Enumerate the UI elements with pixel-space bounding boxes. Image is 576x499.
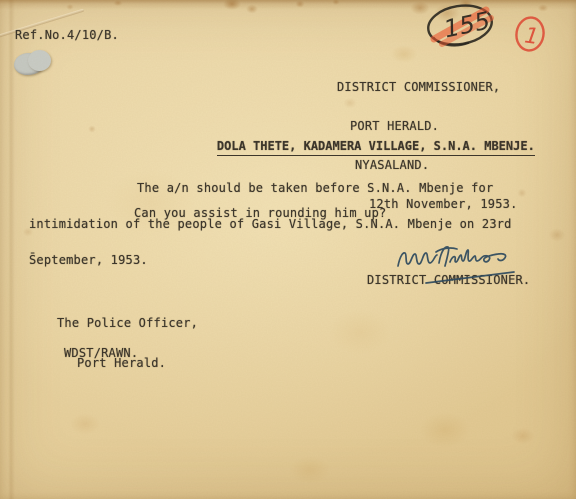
reference-number: Ref.No.4/10/B. — [15, 28, 119, 42]
body-line: The a/n should be taken before S.N.A. Mb… — [29, 182, 512, 194]
crossed-number-stamp: 155 — [422, 0, 500, 52]
handwritten-signature — [390, 241, 520, 289]
body-paragraph-2: Can you assist in rounding him up? — [134, 206, 386, 220]
recipient-address-block: The Police Officer, Port Herald. — [57, 290, 198, 397]
hole-punch — [14, 53, 44, 75]
sender-line: DISTRICT COMMISSIONER, — [337, 82, 518, 93]
subject-heading-text: DOLA THETE, KADAMERA VILLAGE, S.N.A. MBE… — [217, 139, 535, 156]
letter-document: Ref.No.4/10/B. 155 1 DISTRICT COMMISSION… — [0, 0, 576, 499]
crossed-number-text: 155 — [441, 6, 492, 43]
typist-reference: WDST/RAWN. — [64, 346, 138, 360]
red-circle-stamp: 1 — [511, 14, 551, 56]
recipient-line: The Police Officer, — [57, 318, 198, 330]
